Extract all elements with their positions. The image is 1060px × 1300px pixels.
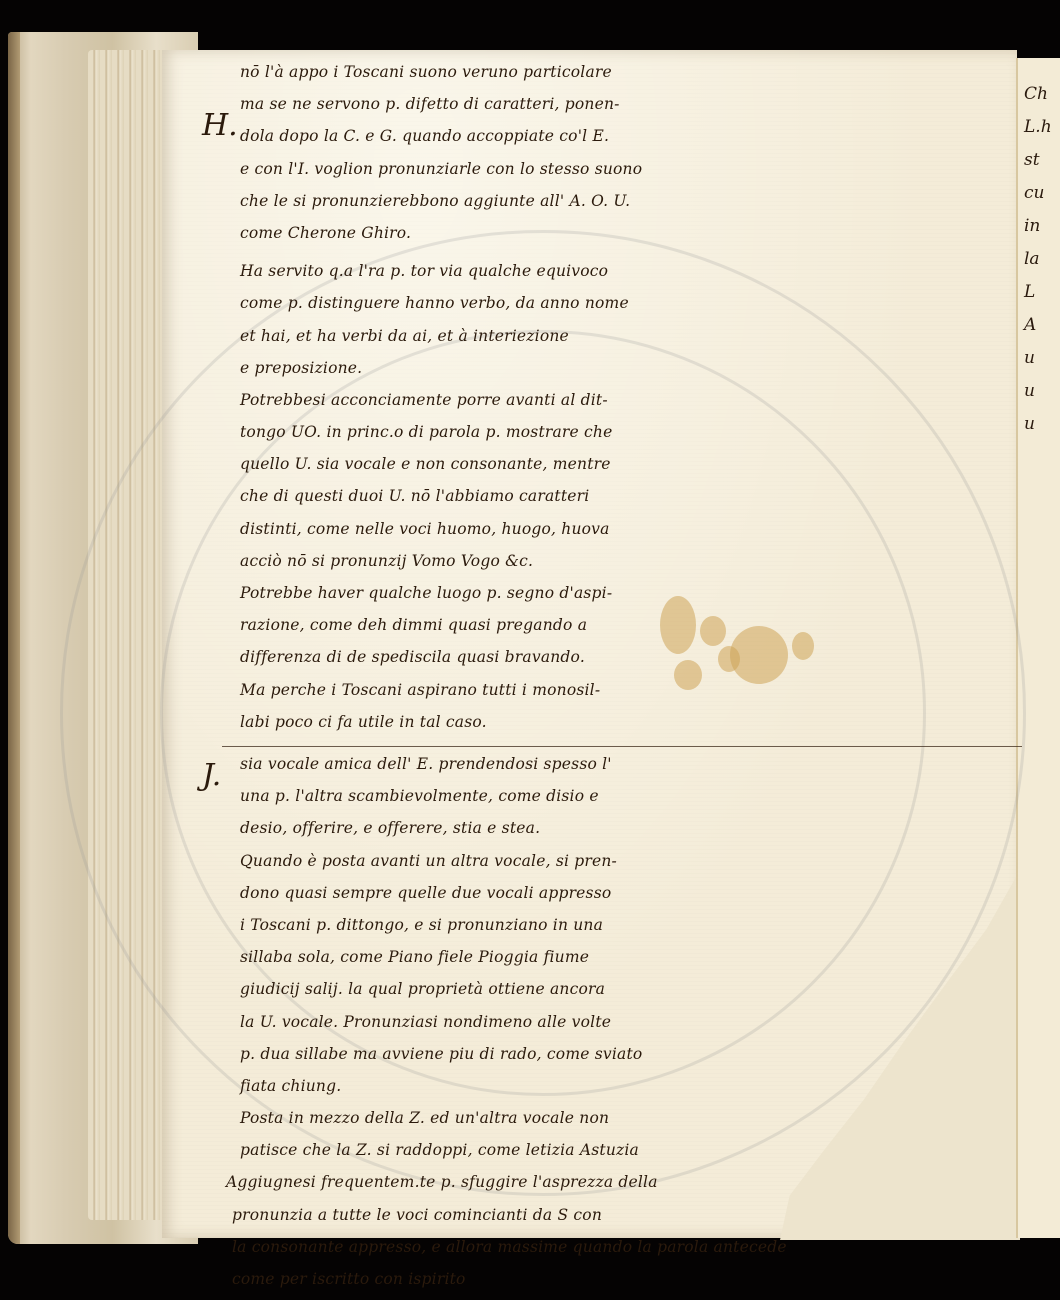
marginal-letter-h: H. [202,108,238,143]
text-line: che le si pronunzierebbono aggiunte all'… [240,185,660,217]
text-line: ma se ne servono p. difetto di caratteri… [240,88,660,120]
text-line: pronunzia a tutte le voci comincianti da… [232,1199,660,1231]
text-line: Ha servito q.a l'ra p. tor via qualche e… [240,255,660,287]
text-line: come per iscritto con ispirito [232,1263,660,1295]
text-line: una p. l'altra scambievolmente, come dis… [240,780,660,812]
manuscript-photo: Ch L.h st cu in la L A u u u H. J. nō l'… [0,0,1060,1300]
text-line: sillaba sola, come Piano fiele Pioggia f… [240,941,660,973]
text-line: labi poco ci fa utile in tal caso. [240,706,660,738]
text-line: Aggiugnesi frequentem.te p. sfuggire l'a… [226,1166,660,1198]
text-line: e preposizione. [240,352,660,384]
text-line: tongo UO. in princ.o di parola p. mostra… [240,416,660,448]
text-line: distinti, come nelle voci huomo, huogo, … [240,513,660,545]
marginal-letter-j: J. [202,758,221,793]
text-line: nō l'à appo i Toscani suono veruno parti… [240,56,660,88]
text-line: Quando è posta avanti un altra vocale, s… [240,845,660,877]
text-line: Potrebbesi acconciamente porre avanti al… [240,384,660,416]
text-line: differenza di de spediscila quasi bravan… [240,641,660,673]
text-line: sia vocale amica dell' E. prendendosi sp… [240,748,660,780]
text-line: e con l'I. voglion pronunziarle con lo s… [240,153,660,185]
section-divider [222,746,1022,747]
text-line: fiata chiung. [240,1070,660,1102]
text-line: la consonante appresso, e allora massime… [232,1231,660,1263]
text-line: desio, offerire, e offerere, stia e stea… [240,812,660,844]
text-line: giudicij salij. la qual proprietà ottien… [240,973,660,1005]
text-line: dola dopo la C. e G. quando accoppiate c… [240,120,660,152]
text-line: Posta in mezzo della Z. ed un'altra voca… [240,1102,660,1134]
section-h-text: nō l'à appo i Toscani suono veruno parti… [240,56,660,738]
text-line: p. dua sillabe ma avviene piu di rado, c… [240,1038,660,1070]
text-line: come p. distinguere hanno verbo, da anno… [240,287,660,319]
text-line: dono quasi sempre quelle due vocali appr… [240,877,660,909]
text-line: razione, come deh dimmi quasi pregando a [240,609,660,641]
facing-page-text: Ch L.h st cu in la L A u u u [1024,78,1060,441]
text-line: quello U. sia vocale e non consonante, m… [240,448,660,480]
text-line: Ma perche i Toscani aspirano tutti i mon… [240,674,660,706]
text-line: patisce che la Z. si raddoppi, come leti… [240,1134,660,1166]
text-line: et hai, et ha verbi da ai, et à interiez… [240,320,660,352]
text-line: i Toscani p. dittongo, e si pronunziano … [240,909,660,941]
text-line: come Cherone Ghiro. [240,217,660,249]
section-j-text: sia vocale amica dell' E. prendendosi sp… [240,748,660,1295]
text-line: la U. vocale. Pronunziasi nondimeno alle… [240,1006,660,1038]
text-line: che di questi duoi U. nō l'abbiamo carat… [240,480,660,512]
text-line: Potrebbe haver qualche luogo p. segno d'… [240,577,660,609]
text-line: acciò nō si pronunzij Vomo Vogo &c. [240,545,660,577]
